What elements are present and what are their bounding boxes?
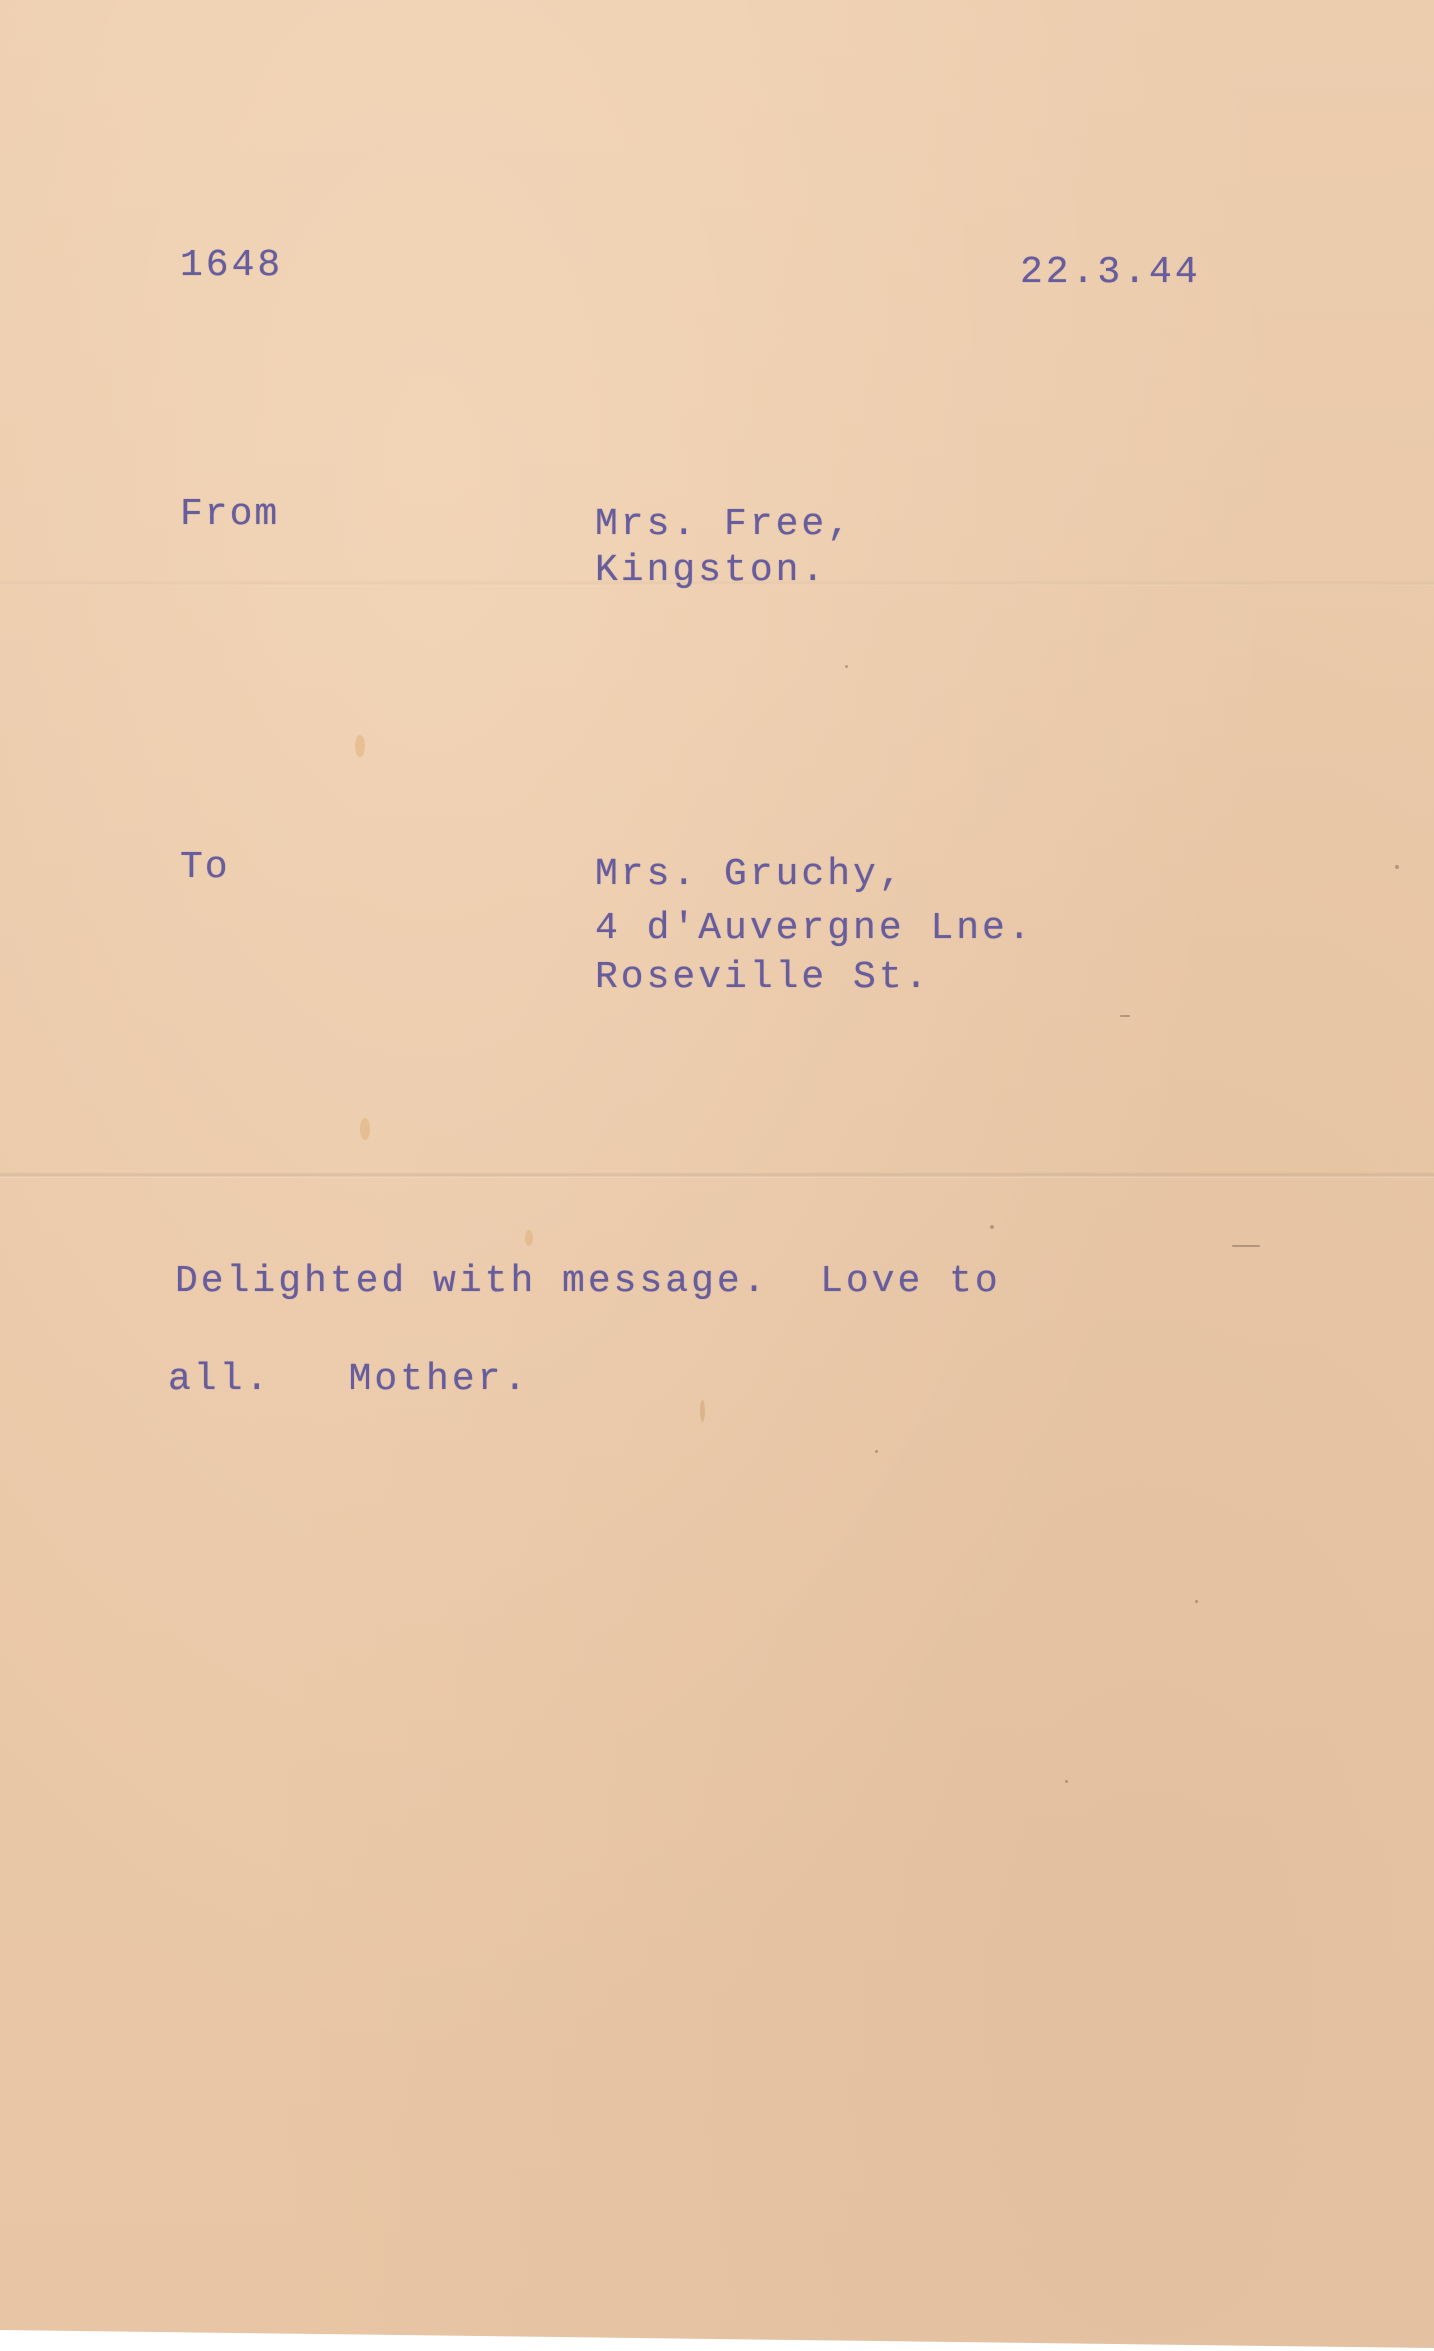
to-label: To	[180, 845, 230, 891]
message-line-2: all. Mother.	[168, 1357, 529, 1403]
recipient-address-line-2: Roseville St.	[595, 955, 930, 1001]
message-line-1: Delighted with message. Love to	[175, 1259, 1001, 1305]
paper-speck	[1232, 1245, 1260, 1247]
sender-name: Mrs. Free,	[595, 502, 853, 548]
paper-stain	[360, 1118, 370, 1140]
paper-speck	[1120, 1015, 1130, 1017]
recipient-address-line-1: 4 d'Auvergne Lne.	[595, 906, 1034, 952]
paper-speck	[845, 665, 848, 668]
from-label: From	[180, 492, 279, 538]
paper-stain	[525, 1230, 533, 1246]
paper-stain	[700, 1400, 705, 1422]
sender-location: Kingston.	[595, 548, 827, 594]
paper-speck	[1395, 865, 1399, 869]
reference-number: 1648	[180, 243, 283, 289]
document-date: 22.3.44	[1020, 250, 1201, 296]
paper-stain	[355, 735, 365, 757]
fold-line	[0, 1172, 1434, 1178]
recipient-name: Mrs. Gruchy,	[595, 852, 905, 898]
paper-speck	[875, 1450, 878, 1453]
paper-speck	[1065, 1780, 1068, 1783]
paper-speck	[1195, 1600, 1198, 1603]
paper-speck	[990, 1225, 994, 1229]
